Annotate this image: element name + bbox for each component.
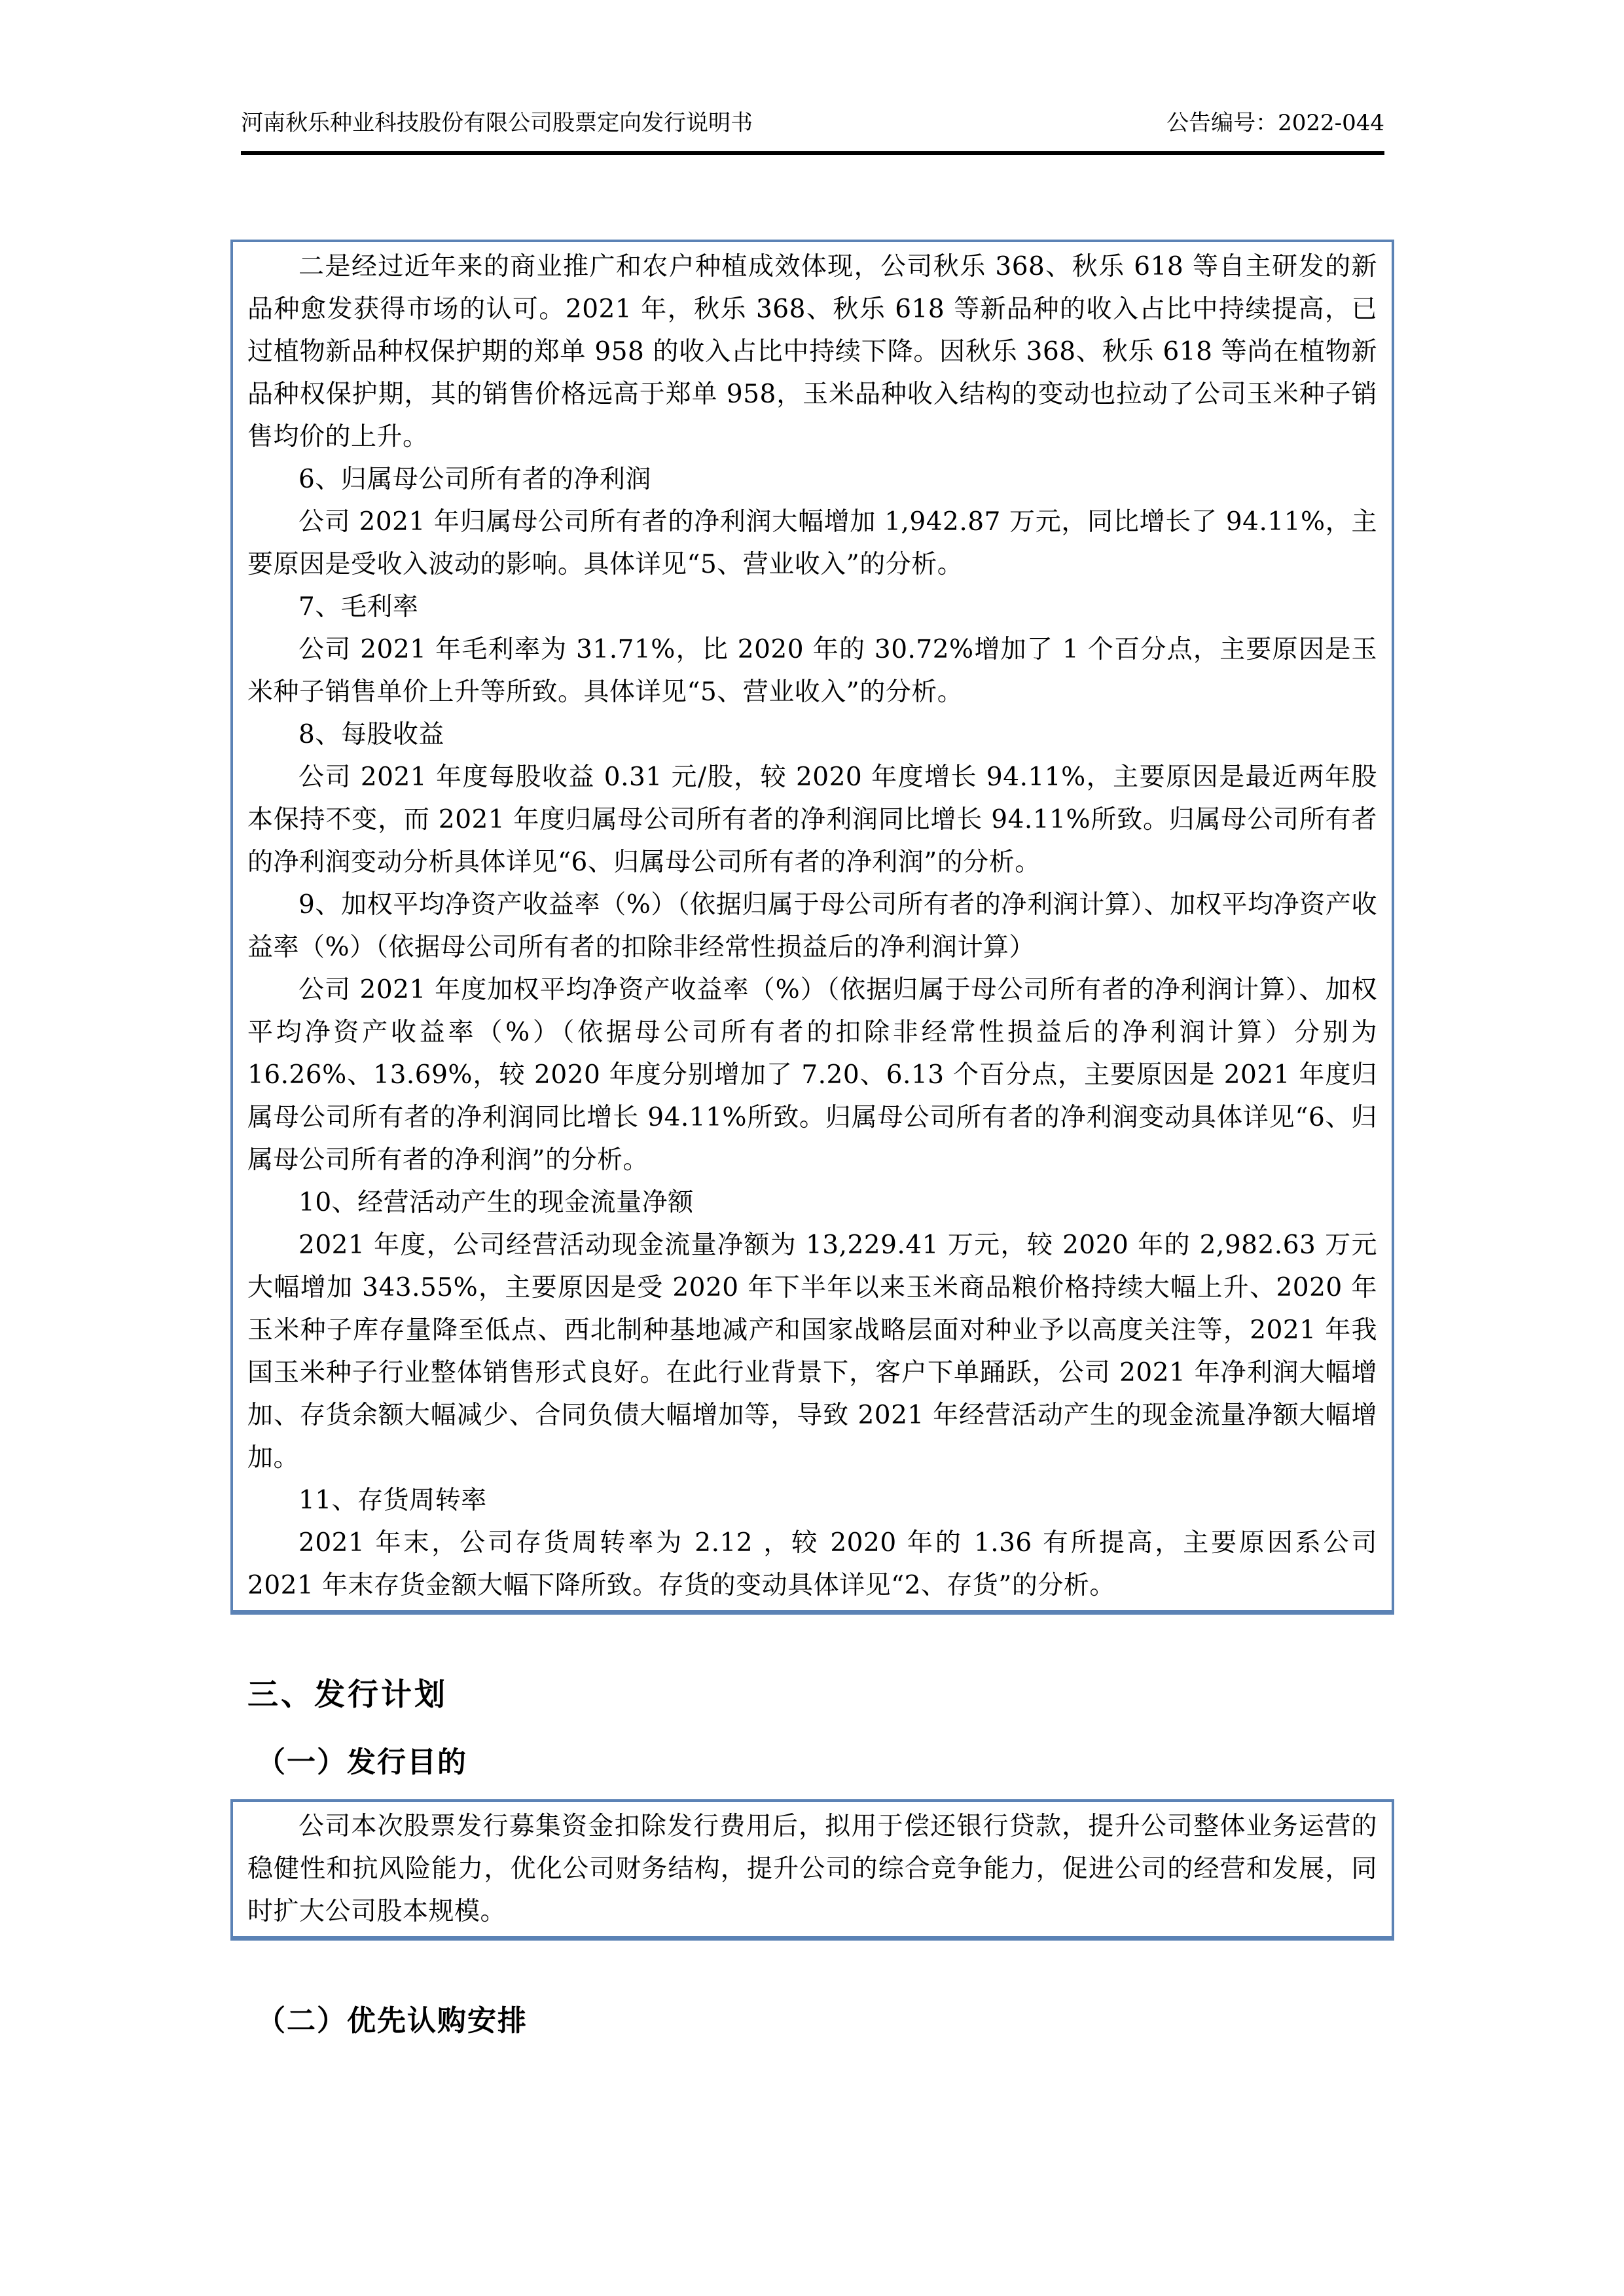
item-9-paragraph: 公司 2021 年度加权平均净资产收益率（%）（依据归属于母公司所有者的净利润计… (247, 969, 1377, 1181)
section-3-title: 三、发行计划 (247, 1670, 448, 1714)
header-announcement-number: 公告编号：2022-044 (1166, 110, 1384, 137)
page-header: 河南秋乐种业科技股份有限公司股票定向发行说明书 公告编号：2022-044 (241, 110, 1384, 137)
header-document-title: 河南秋乐种业科技股份有限公司股票定向发行说明书 (241, 110, 753, 137)
item-8-paragraph: 公司 2021 年度每股收益 0.31 元/股，较 2020 年度增长 94.1… (247, 756, 1377, 884)
header-divider-rule (241, 151, 1384, 155)
item-7-heading: 7、毛利率 (247, 586, 1377, 628)
item-10-paragraph: 2021 年度，公司经营活动现金流量净额为 13,229.41 万元，较 202… (247, 1224, 1377, 1479)
subsection-2-title: （二）优先认购安排 (257, 1997, 528, 2039)
item-6-paragraph: 公司 2021 年归属母公司所有者的净利润大幅增加 1,942.87 万元，同比… (247, 501, 1377, 586)
item-9-heading: 9、加权平均净资产收益率（%）（依据归属于母公司所有者的净利润计算）、加权平均净… (247, 884, 1377, 969)
item-11-paragraph: 2021 年末，公司存货周转率为 2.12 ，较 2020 年的 1.36 有所… (247, 1522, 1377, 1607)
paragraph-intro: 二是经过近年来的商业推广和农户种植成效体现，公司秋乐 368、秋乐 618 等自… (247, 245, 1377, 458)
item-10-heading: 10、经营活动产生的现金流量净额 (247, 1181, 1377, 1224)
issuance-purpose-box: 公司本次股票发行募集资金扣除发行费用后，拟用于偿还银行贷款，提升公司整体业务运营… (230, 1799, 1394, 1941)
item-6-heading: 6、归属母公司所有者的净利润 (247, 458, 1377, 501)
item-8-heading: 8、每股收益 (247, 713, 1377, 756)
item-11-heading: 11、存货周转率 (247, 1479, 1377, 1522)
document-page: 河南秋乐种业科技股份有限公司股票定向发行说明书 公告编号：2022-044 二是… (0, 0, 1624, 2296)
issuance-purpose-paragraph: 公司本次股票发行募集资金扣除发行费用后，拟用于偿还银行贷款，提升公司整体业务运营… (247, 1805, 1377, 1933)
subsection-1-title: （一）发行目的 (257, 1738, 467, 1780)
financial-analysis-box: 二是经过近年来的商业推广和农户种植成效体现，公司秋乐 368、秋乐 618 等自… (230, 240, 1394, 1615)
item-7-paragraph: 公司 2021 年毛利率为 31.71%，比 2020 年的 30.72%增加了… (247, 628, 1377, 713)
